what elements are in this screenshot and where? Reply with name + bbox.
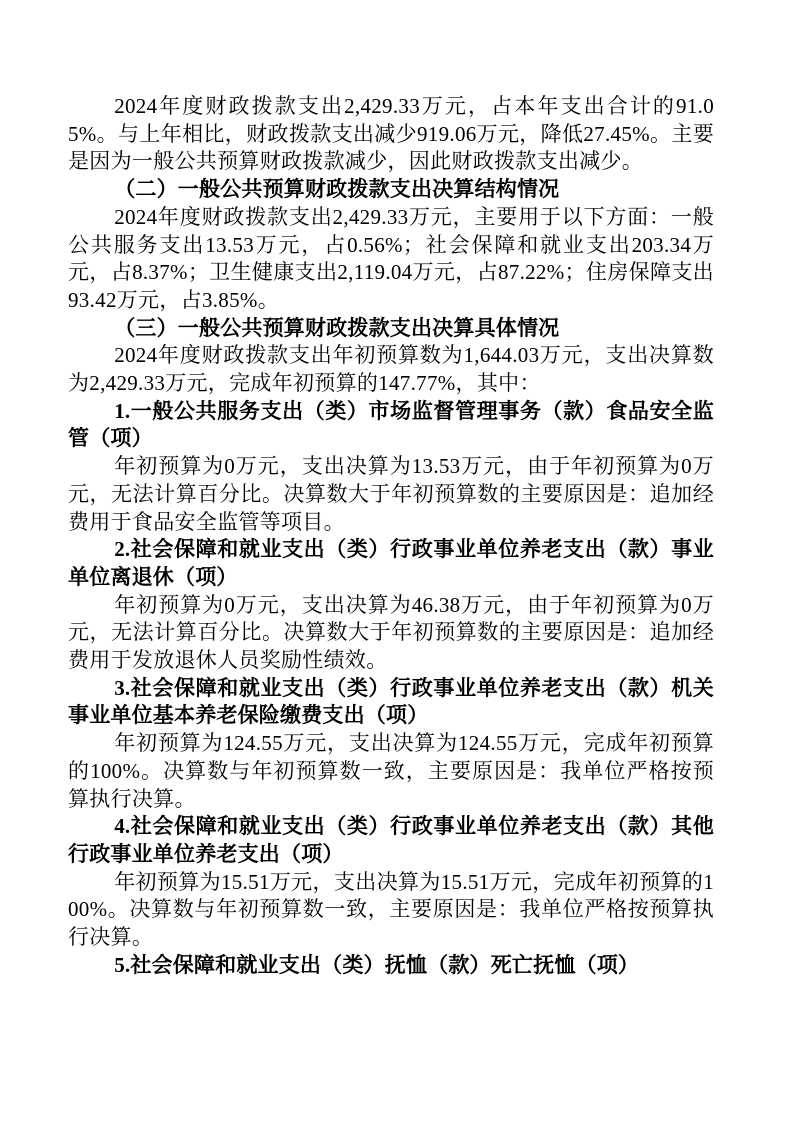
paragraph-item-3-detail: 年初预算为124.55万元，支出决算为124.55万元，完成年初预算的100%。…	[68, 730, 714, 813]
paragraph-item-2-detail: 年初预算为0万元，支出决算为46.38万元，由于年初预算为0万元，无法计算百分比…	[68, 592, 714, 675]
section-heading-2: （二）一般公共预算财政拨款支出决算结构情况	[68, 176, 714, 204]
item-heading-3: 3.社会保障和就业支出（类）行政事业单位养老支出（款）机关事业单位基本养老保险缴…	[68, 675, 714, 730]
item-heading-5: 5.社会保障和就业支出（类）抚恤（款）死亡抚恤（项）	[68, 952, 714, 980]
paragraph-item-4-detail: 年初预算为15.51万元，支出决算为15.51万元，完成年初预算的100%。决算…	[68, 869, 714, 952]
item-heading-4: 4.社会保障和就业支出（类）行政事业单位养老支出（款）其他行政事业单位养老支出（…	[68, 813, 714, 868]
paragraph-budget-vs-final: 2024年度财政拨款支出年初预算数为1,644.03万元，支出决算数为2,429…	[68, 342, 714, 397]
document-body: 2024年度财政拨款支出2,429.33万元，占本年支出合计的91.05%。与上…	[68, 93, 714, 980]
paragraph-expenditure-structure: 2024年度财政拨款支出2,429.33万元，主要用于以下方面：一般公共服务支出…	[68, 204, 714, 315]
paragraph-fiscal-expenditure-summary: 2024年度财政拨款支出2,429.33万元，占本年支出合计的91.05%。与上…	[68, 93, 714, 176]
paragraph-item-1-detail: 年初预算为0万元，支出决算为13.53万元，由于年初预算为0万元，无法计算百分比…	[68, 453, 714, 536]
section-heading-3: （三）一般公共预算财政拨款支出决算具体情况	[68, 315, 714, 343]
document-page: 2024年度财政拨款支出2,429.33万元，占本年支出合计的91.05%。与上…	[0, 0, 793, 1122]
item-heading-2: 2.社会保障和就业支出（类）行政事业单位养老支出（款）事业单位离退休（项）	[68, 536, 714, 591]
item-heading-1: 1.一般公共服务支出（类）市场监督管理事务（款）食品安全监管（项）	[68, 398, 714, 453]
